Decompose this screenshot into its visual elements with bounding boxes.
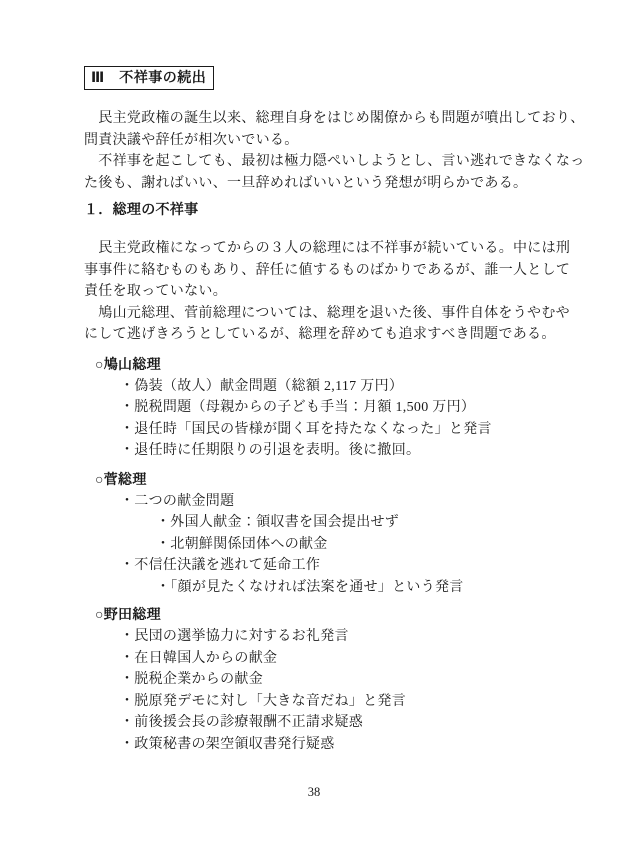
subsection-kan: ○菅総理 ・二つの献金問題・外国人献金：領収書を国会提出せず・北朝鮮関係団体への…	[84, 469, 545, 599]
subsection-noda-items: ・民団の選挙協力に対するお礼発言・在日韓国人からの献金・脱税企業からの献金・脱原…	[84, 626, 545, 756]
bullet-item: ・民団の選挙協力に対するお礼発言	[120, 626, 545, 648]
subsection-hatoyama-items: ・偽装（故人）献金問題（総額 2,117 万円）・脱税問題（母親からの子ども手当…	[84, 376, 545, 462]
subsection-kan-title: ○菅総理	[95, 469, 545, 491]
bullet-item: ・二つの献金問題	[120, 491, 545, 513]
subsection-noda: ○野田総理 ・民団の選挙協力に対するお礼発言・在日韓国人からの献金・脱税企業から…	[84, 604, 545, 755]
bullet-item: ・脱原発デモに対し「大きな音だね」と発言	[120, 691, 545, 713]
text-line: 不祥事を起こしても、最初は極力隠ぺいしようとし、言い逃れできなくなっ	[84, 151, 545, 173]
text-line: 民主党政権になってからの３人の総理には不祥事が続いている。中には刑	[84, 238, 545, 260]
text-line: 責任を取っていない。	[84, 281, 545, 303]
intro-paragraph: 民主党政権の誕生以来、総理自身をはじめ閣僚からも問題が噴出しており、問責決議や辞…	[84, 108, 545, 194]
text-line: 問責決議や辞任が相次いでいる。	[84, 130, 545, 152]
bullet-item: ・退任時に任期限りの引退を表明。後に撤回。	[120, 440, 545, 462]
bullet-item: ・「顔が見たくなければ法案を通せ」という発言	[156, 577, 545, 599]
bullet-item: ・前後援会長の診療報酬不正請求疑惑	[120, 712, 545, 734]
bullet-item: ・脱税企業からの献金	[120, 669, 545, 691]
bullet-item: ・不信任決議を逃れて延命工作	[120, 555, 545, 577]
section-1-title: １．総理の不祥事	[84, 199, 545, 221]
subsection-hatoyama-title: ○鳩山総理	[95, 354, 545, 376]
text-line: 民主党政権の誕生以来、総理自身をはじめ閣僚からも問題が噴出しており、	[84, 108, 545, 130]
bullet-item: ・在日韓国人からの献金	[120, 648, 545, 670]
bullet-item: ・外国人献金：領収書を国会提出せず	[156, 512, 545, 534]
bullet-item: ・脱税問題（母親からの子ども手当：月額 1,500 万円）	[120, 397, 545, 419]
subsection-hatoyama: ○鳩山総理 ・偽装（故人）献金問題（総額 2,117 万円）・脱税問題（母親から…	[84, 354, 545, 462]
bullet-item: ・退任時「国民の皆様が聞く耳を持たなくなった」と発言	[120, 419, 545, 441]
chapter-heading-text: Ⅲ 不祥事の続出	[91, 69, 206, 85]
chapter-heading-box: Ⅲ 不祥事の続出	[84, 66, 214, 90]
bullet-item: ・北朝鮮関係団体への献金	[156, 534, 545, 556]
bullet-item: ・政策秘書の架空領収書発行疑惑	[120, 734, 545, 756]
section-1-body-paragraph: 民主党政権になってからの３人の総理には不祥事が続いている。中には刑事事件に絡むも…	[84, 238, 545, 346]
text-line: 事事件に絡むものもあり、辞任に値するものばかりであるが、誰一人として	[84, 260, 545, 282]
bullet-item: ・偽装（故人）献金問題（総額 2,117 万円）	[120, 376, 545, 398]
text-line: にして逃げきろうとしているが、総理を辞めても追求すべき問題である。	[84, 324, 545, 346]
subsection-noda-title: ○野田総理	[95, 604, 545, 626]
text-line: 鳩山元総理、菅前総理については、総理を退いた後、事件自体をうやむや	[84, 303, 545, 325]
document-page: Ⅲ 不祥事の続出 民主党政権の誕生以来、総理自身をはじめ閣僚からも問題が噴出して…	[0, 0, 628, 864]
page-number: 38	[0, 784, 628, 800]
subsection-kan-items: ・二つの献金問題・外国人献金：領収書を国会提出せず・北朝鮮関係団体への献金・不信…	[84, 491, 545, 599]
text-line: た後も、謝ればいい、一旦辞めればいいという発想が明らかである。	[84, 173, 545, 195]
